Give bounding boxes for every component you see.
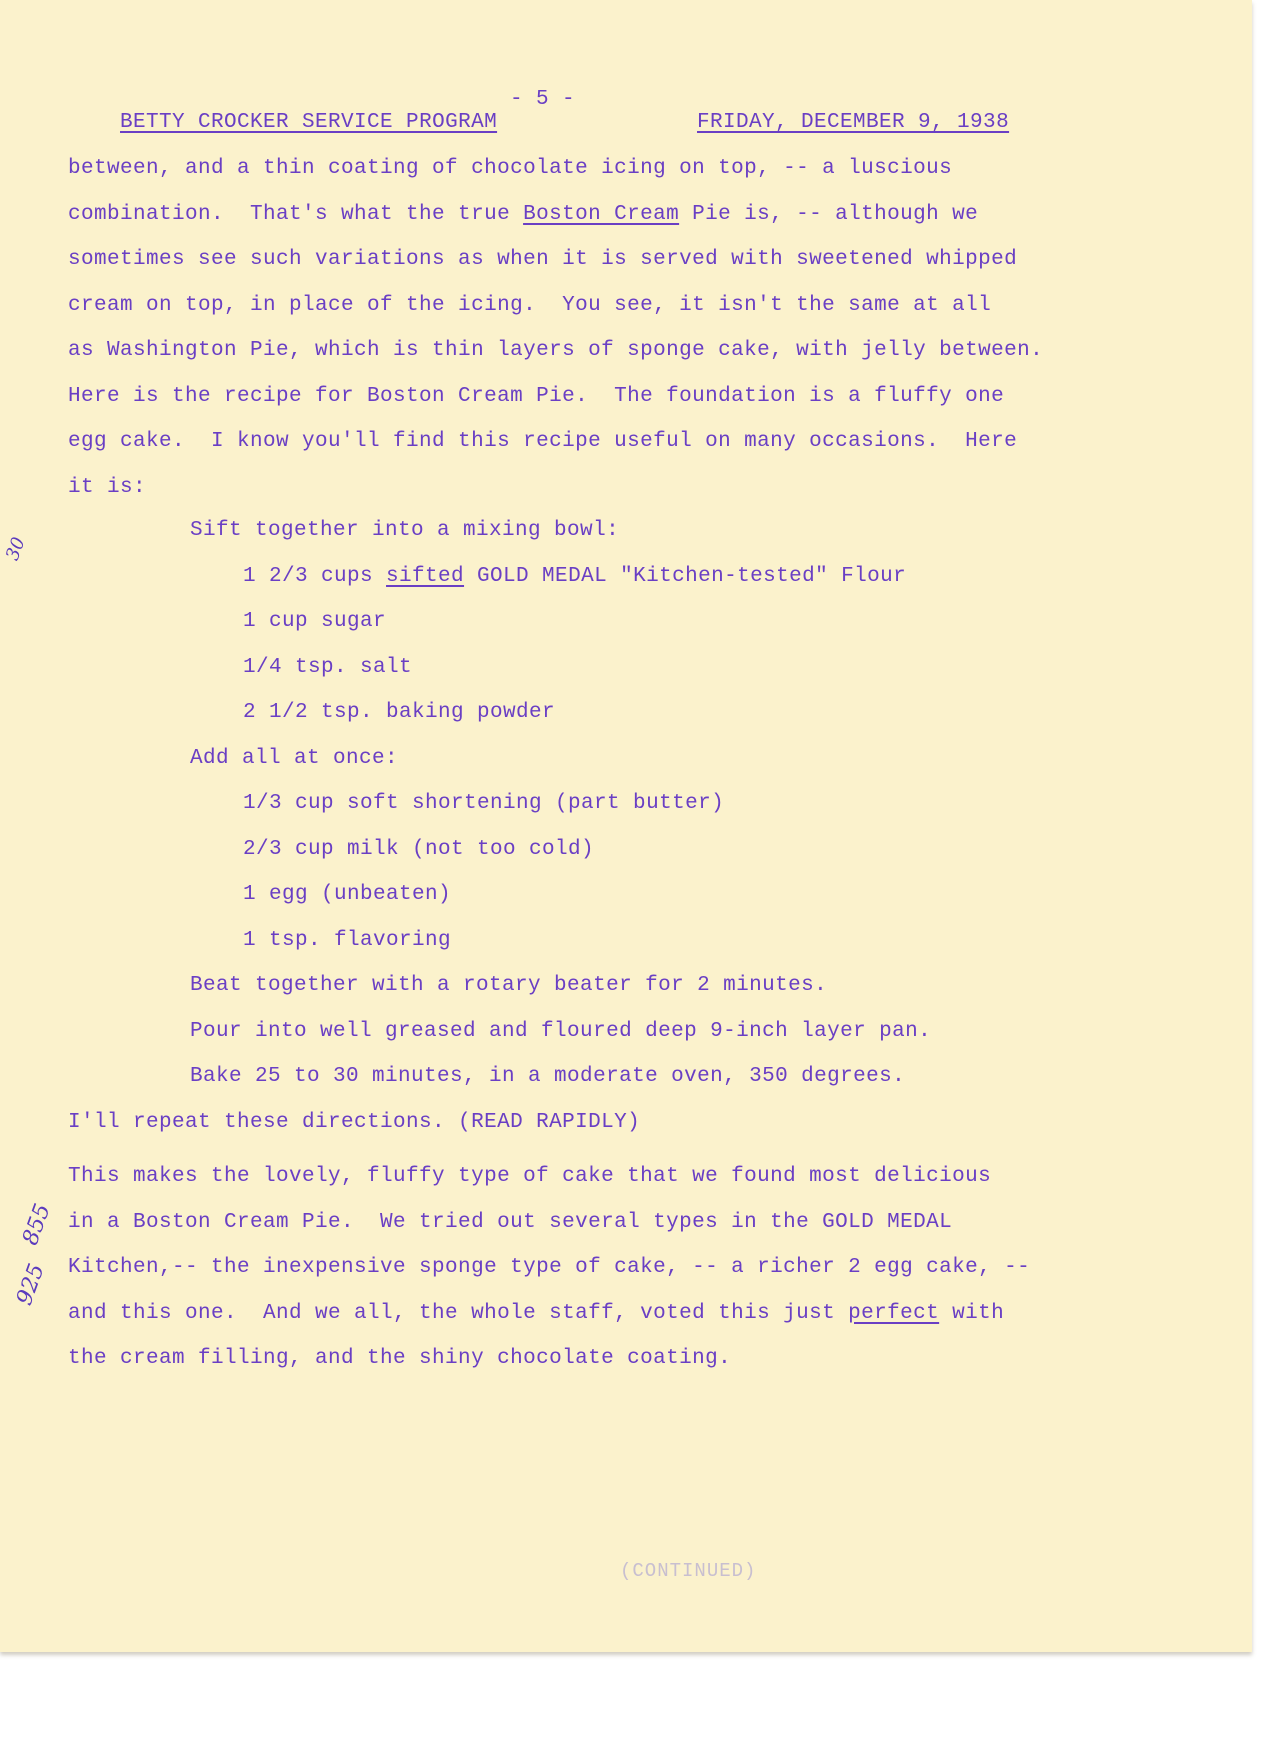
instruction-line: Pour into well greased and floured deep …: [190, 1020, 931, 1043]
typewritten-page: BETTY CROCKER SERVICE PROGRAM - 5 - FRID…: [0, 0, 1252, 1652]
recipe-step-heading: Add all at once:: [190, 747, 398, 770]
instruction-line: Beat together with a rotary beater for 2…: [190, 974, 827, 997]
margin-note-timing-2: 855: [18, 1201, 56, 1249]
text-line: it is:: [68, 476, 146, 499]
underlined-emphasis: perfect: [848, 1302, 939, 1325]
page-number: - 5 -: [510, 88, 575, 111]
underlined-emphasis: sifted: [386, 565, 464, 588]
margin-note-timing-1: 30: [2, 534, 30, 563]
text-line: This makes the lovely, fluffy type of ca…: [68, 1165, 991, 1188]
text-line: between, and a thin coating of chocolate…: [68, 157, 952, 180]
ingredient-item: 1 tsp. flavoring: [243, 929, 451, 952]
ingredient-item: 1 2/3 cups sifted GOLD MEDAL "Kitchen-te…: [243, 565, 906, 588]
broadcast-date: FRIDAY, DECEMBER 9, 1938: [697, 111, 1009, 134]
ingredient-item: 1/3 cup soft shortening (part butter): [243, 792, 724, 815]
text-line: combination. That's what the true Boston…: [68, 203, 978, 226]
continued-label: (CONTINUED): [620, 1560, 756, 1582]
text-line: in a Boston Cream Pie. We tried out seve…: [68, 1211, 952, 1234]
text-line: and this one. And we all, the whole staf…: [68, 1302, 1004, 1325]
header: BETTY CROCKER SERVICE PROGRAM: [68, 88, 497, 157]
text-line: the cream filling, and the shiny chocola…: [68, 1347, 731, 1370]
instruction-line: Bake 25 to 30 minutes, in a moderate ove…: [190, 1065, 905, 1088]
ingredient-item: 1 egg (unbeaten): [243, 883, 451, 906]
ingredient-item: 1/4 tsp. salt: [243, 656, 412, 679]
recipe-step-heading: Sift together into a mixing bowl:: [190, 519, 619, 542]
text-line: sometimes see such variations as when it…: [68, 248, 1017, 271]
text-line: as Washington Pie, which is thin layers …: [68, 339, 1043, 362]
repeat-directions-line: I'll repeat these directions. (READ RAPI…: [68, 1111, 640, 1134]
ingredient-item: 2/3 cup milk (not too cold): [243, 838, 594, 861]
ingredient-item: 2 1/2 tsp. baking powder: [243, 701, 555, 724]
ingredient-item: 1 cup sugar: [243, 610, 386, 633]
underlined-emphasis: Boston Cream: [523, 203, 679, 226]
program-title: BETTY CROCKER SERVICE PROGRAM: [120, 111, 497, 134]
text-line: egg cake. I know you'll find this recipe…: [68, 430, 1017, 453]
margin-note-timing-3: 925: [12, 1261, 50, 1309]
text-line: cream on top, in place of the icing. You…: [68, 294, 991, 317]
text-line: Here is the recipe for Boston Cream Pie.…: [68, 385, 1004, 408]
text-line: Kitchen,-- the inexpensive sponge type o…: [68, 1256, 1030, 1279]
